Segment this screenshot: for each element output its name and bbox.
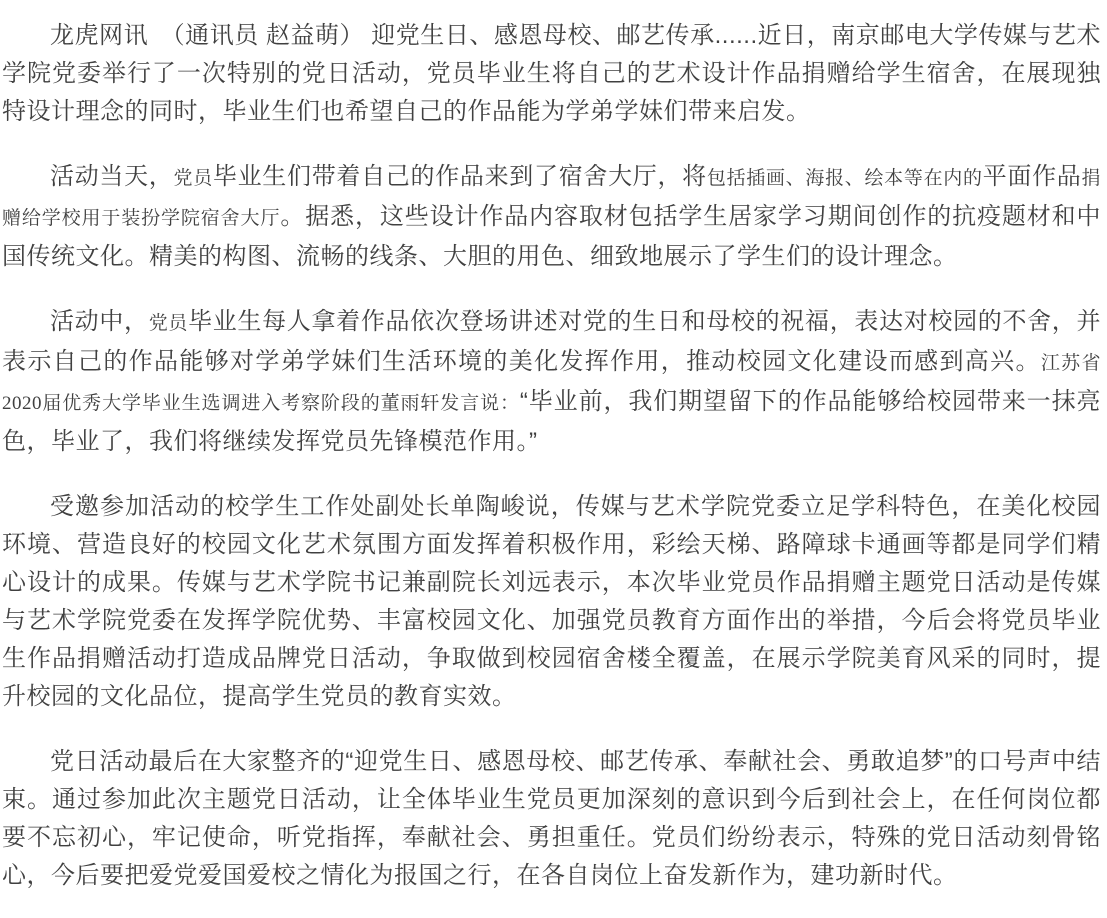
text-segment: 活动当天， bbox=[50, 163, 174, 190]
text-segment: 毕业生们带着自己的作品来到了宿舍大厅，将 bbox=[213, 163, 707, 190]
paragraph-1: 龙虎网讯 （通讯员 赵益萌） 迎党生日、感恩母校、邮艺传承......近日，南京… bbox=[2, 17, 1101, 131]
text-segment: 活动中， bbox=[50, 308, 149, 335]
paragraph-2: 活动当天，党员毕业生们带着自己的作品来到了宿舍大厅，将包括插画、海报、绘本等在内… bbox=[2, 158, 1101, 276]
article-body: 龙虎网讯 （通讯员 赵益萌） 迎党生日、感恩母校、邮艺传承......近日，南京… bbox=[0, 0, 1107, 895]
text-segment-small: 党员 bbox=[174, 168, 213, 189]
text-segment: 龙虎网讯 （通讯员 赵益萌） 迎党生日、感恩母校、邮艺传承......近日，南京… bbox=[2, 22, 1101, 125]
paragraph-3: 活动中，党员毕业生每人拿着作品依次登场讲述对党的生日和母校的祝福，表达对校园的不… bbox=[2, 303, 1101, 461]
text-segment: 平面作品 bbox=[983, 163, 1082, 190]
paragraph-5: 党日活动最后在大家整齐的“迎党生日、感恩母校、邮艺传承、奉献社会、勇敢追梦”的口… bbox=[2, 743, 1101, 895]
text-segment: 党日活动最后在大家整齐的“迎党生日、感恩母校、邮艺传承、奉献社会、勇敢追梦”的口… bbox=[2, 748, 1101, 889]
paragraph-4: 受邀参加活动的校学生工作处副处长单陶峻说，传媒与艺术学院党委立足学科特色，在美化… bbox=[2, 488, 1101, 716]
text-segment: 受邀参加活动的校学生工作处副处长单陶峻说，传媒与艺术学院党委立足学科特色，在美化… bbox=[2, 493, 1101, 710]
text-segment-small: 党员 bbox=[149, 313, 188, 334]
text-segment-small: 包括插画、海报、绘本等在内的 bbox=[707, 168, 983, 189]
